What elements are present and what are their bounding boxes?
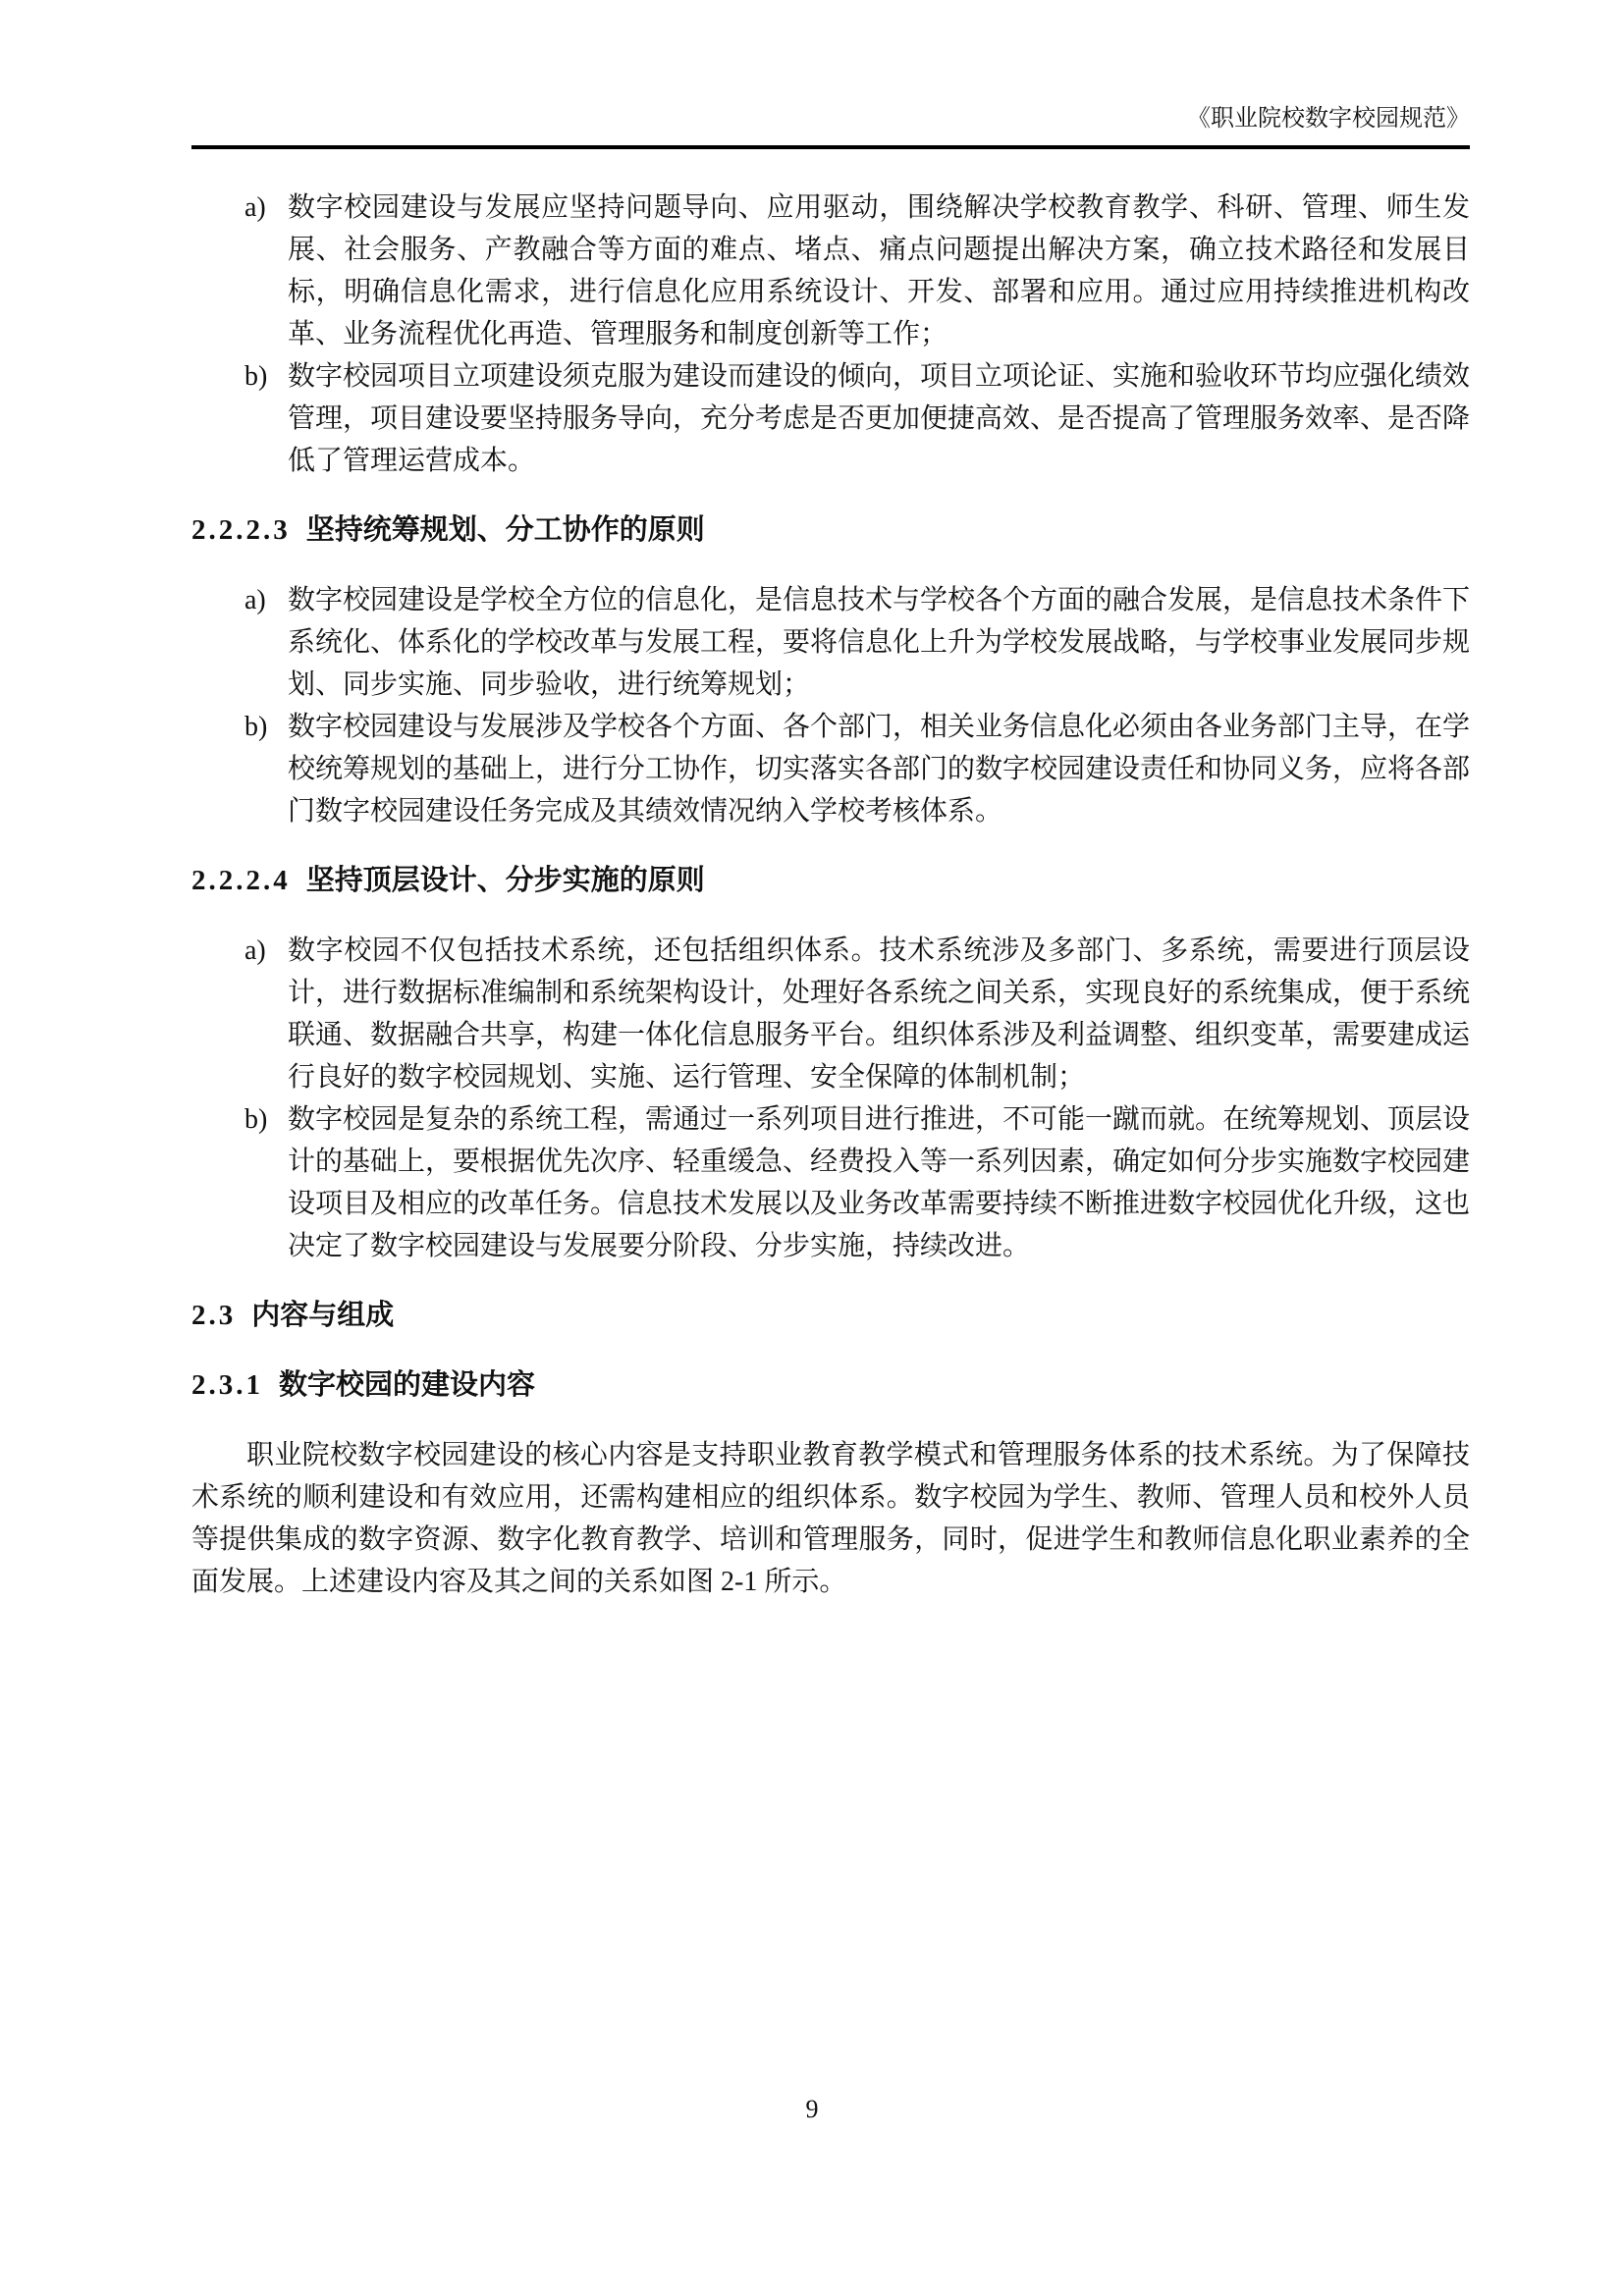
list-marker: b)	[244, 706, 267, 748]
list-item-text: 数字校园建设与发展应坚持问题导向、应用驱动，围绕解决学校教育教学、科研、管理、师…	[288, 192, 1470, 349]
section-number: 2.3.1	[191, 1369, 263, 1401]
section-heading-2-2-2-3: 2.2.2.3坚持统筹规划、分工协作的原则	[191, 509, 1470, 552]
list-item: b) 数字校园是复杂的系统工程，需通过一系列项目进行推进，不可能一蹴而就。在统筹…	[191, 1098, 1470, 1267]
document-body: a) 数字校园建设与发展应坚持问题导向、应用驱动，围绕解决学校教育教学、科研、管…	[191, 187, 1470, 1603]
section-title: 数字校园的建设内容	[279, 1369, 535, 1401]
list-item-text: 数字校园建设是学校全方位的信息化，是信息技术与学校各个方面的融合发展，是信息技术…	[288, 585, 1470, 700]
list-item: a) 数字校园建设是学校全方位的信息化，是信息技术与学校各个方面的融合发展，是信…	[191, 579, 1470, 706]
section-number: 2.3	[191, 1300, 236, 1331]
header-rule	[191, 145, 1470, 149]
list-item-text: 数字校园建设与发展涉及学校各个方面、各个部门，相关业务信息化必须由各业务部门主导…	[288, 712, 1470, 827]
section-heading-2-2-2-4: 2.2.2.4坚持顶层设计、分步实施的原则	[191, 860, 1470, 902]
list-item-text: 数字校园不仅包括技术系统，还包括组织体系。技术系统涉及多部门、多系统，需要进行顶…	[288, 935, 1470, 1093]
section-title: 坚持顶层设计、分步实施的原则	[306, 865, 705, 896]
section-title: 内容与组成	[251, 1300, 394, 1331]
section-number: 2.2.2.4	[191, 865, 291, 896]
document-page: 《职业院校数字校园规范》 a) 数字校园建设与发展应坚持问题导向、应用驱动，围绕…	[0, 0, 1624, 2296]
page-number: 9	[0, 2095, 1624, 2124]
list-item: b) 数字校园项目立项建设须克服为建设而建设的倾向，项目立项论证、实施和验收环节…	[191, 355, 1470, 482]
list-marker: b)	[244, 355, 267, 398]
list-item-text: 数字校园项目立项建设须克服为建设而建设的倾向，项目立项论证、实施和验收环节均应强…	[288, 361, 1470, 476]
section-heading-2-3-1: 2.3.1数字校园的建设内容	[191, 1364, 1470, 1407]
list-item: a) 数字校园不仅包括技术系统，还包括组织体系。技术系统涉及多部门、多系统，需要…	[191, 930, 1470, 1098]
list-marker: a)	[244, 930, 266, 972]
list-item: a) 数字校园建设与发展应坚持问题导向、应用驱动，围绕解决学校教育教学、科研、管…	[191, 187, 1470, 355]
list-marker: b)	[244, 1098, 267, 1141]
list-item-text: 数字校园是复杂的系统工程，需通过一系列项目进行推进，不可能一蹴而就。在统筹规划、…	[288, 1104, 1470, 1261]
body-paragraph: 职业院校数字校园建设的核心内容是支持职业教育教学模式和管理服务体系的技术系统。为…	[191, 1434, 1470, 1603]
section-title: 坚持统筹规划、分工协作的原则	[306, 514, 705, 546]
list-item: b) 数字校园建设与发展涉及学校各个方面、各个部门，相关业务信息化必须由各业务部…	[191, 706, 1470, 832]
list-marker: a)	[244, 187, 266, 229]
page-header-title: 《职业院校数字校园规范》	[191, 102, 1470, 135]
list-marker: a)	[244, 579, 266, 621]
section-number: 2.2.2.3	[191, 514, 291, 546]
section-heading-2-3: 2.3内容与组成	[191, 1295, 1470, 1337]
